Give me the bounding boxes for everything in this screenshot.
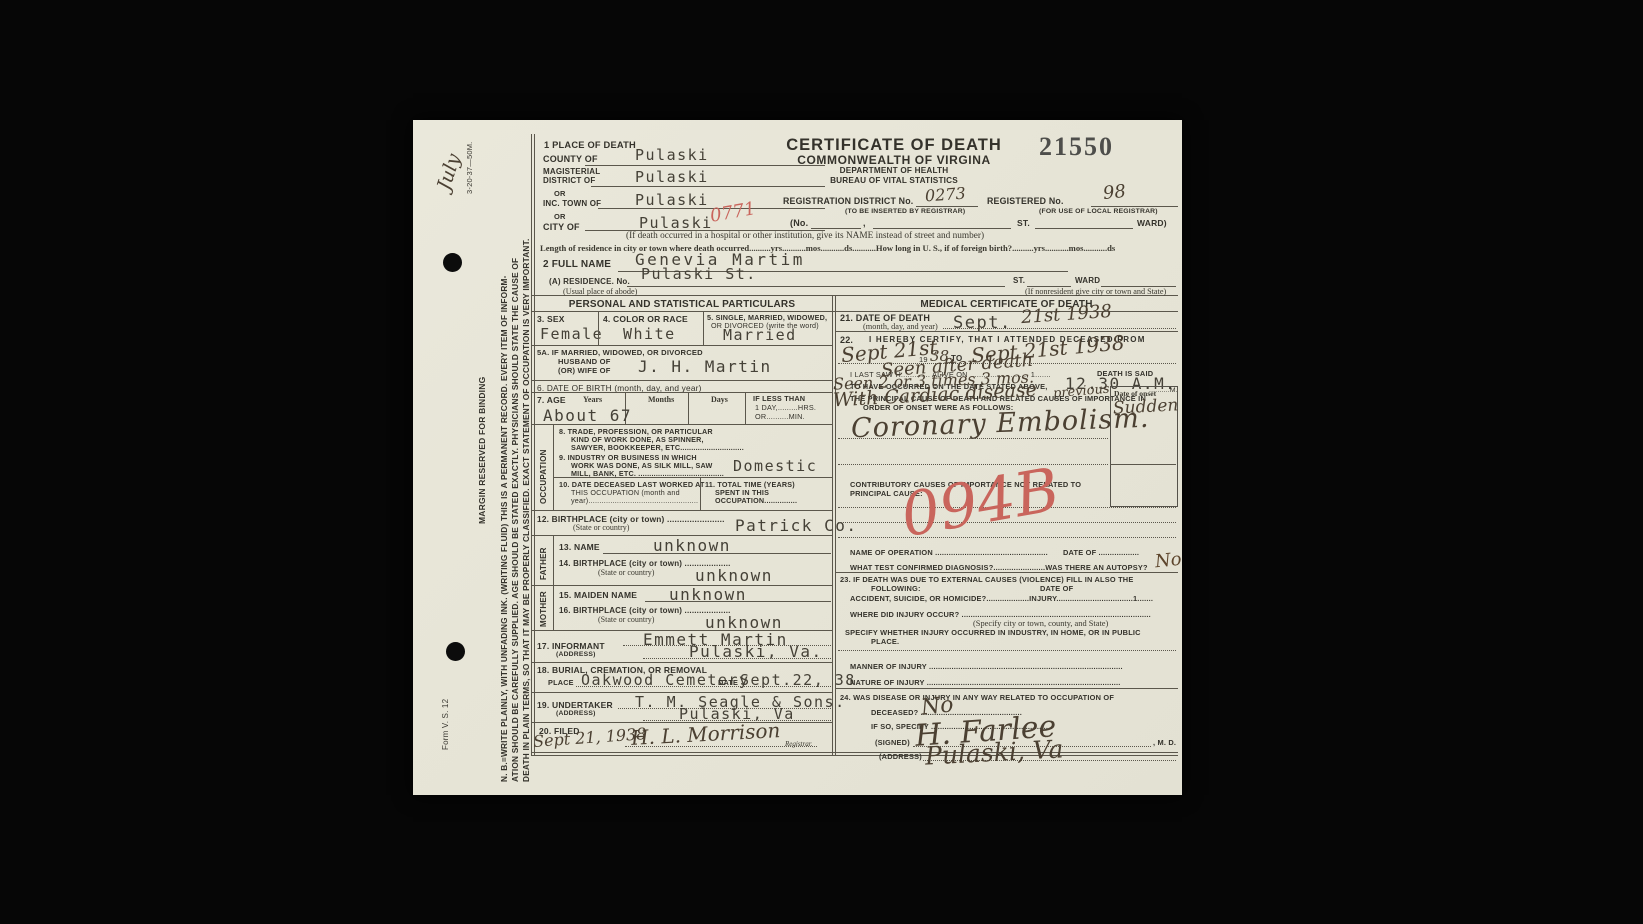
birthplace-sub: (State or country): [573, 523, 629, 532]
date-of-death-line: [943, 328, 1176, 329]
husband-value: J. H. Martin: [638, 357, 772, 376]
operation-date-label: DATE OF ..................: [1063, 548, 1139, 557]
undertaker-addr-label: (ADDRESS): [556, 710, 596, 717]
margin-binding-note: MARGIN RESERVED FOR BINDING: [477, 377, 487, 524]
registrar-label: Registrar.: [785, 740, 812, 748]
residence-label: (A) RESIDENCE. No.: [549, 277, 630, 286]
industry-value: Domestic: [733, 457, 817, 475]
manner-of-injury-label: MANNER OF INJURY .......................…: [850, 662, 1123, 671]
personal-section-header: PERSONAL AND STATISTICAL PARTICULARS: [533, 299, 831, 310]
mother-name-line: [645, 601, 831, 602]
form-bottom-border: [531, 752, 1178, 756]
occupation-side-label: OCCUPATION: [539, 449, 548, 504]
row5a-rule: [531, 380, 832, 381]
age-label: 7. AGE: [537, 395, 566, 405]
nature-of-injury-label: NATURE OF INJURY .......................…: [850, 678, 1121, 687]
trade-label-3: SAWYER, BOOKKEEPER, ETC.................…: [571, 443, 744, 452]
occupation-row-rule: [553, 477, 832, 478]
residence-line: [627, 286, 1005, 287]
margin-nb-line2: ATION SHOULD BE CAREFULLY SUPPLIED. AGE …: [510, 239, 521, 782]
mother-side-label: MOTHER: [539, 591, 548, 627]
public-place-line: [838, 650, 1176, 651]
informant-addr-label: (ADDRESS): [556, 651, 596, 658]
registered-no-label: REGISTERED No.: [987, 196, 1064, 206]
sex-label: 3. SEX: [537, 314, 565, 324]
informant-addr-line: [643, 658, 831, 659]
if-less-label-2: 1 DAY,.........HRS.: [755, 403, 816, 412]
district-value: Pulaski: [635, 168, 709, 186]
where-injury-label: WHERE DID INJURY OCCUR? ................…: [850, 610, 1151, 619]
punch-hole-top: [443, 253, 462, 272]
age-col-divider-3: [745, 392, 746, 424]
bureau-line: BUREAU OF VITAL STATISTICS: [763, 176, 1025, 185]
date-of-onset-handwritten: Sudden: [1113, 395, 1179, 418]
father-bp-value: unknown: [695, 566, 773, 585]
race-marital-divider: [703, 311, 704, 345]
husband-label-3: (OR) WIFE OF: [558, 366, 611, 375]
totaltime-divider: [700, 477, 701, 510]
mother-inner-border: [553, 585, 554, 630]
race-value: White: [623, 325, 676, 343]
age-rule: [531, 424, 832, 425]
age-months-header: Months: [648, 395, 674, 404]
row3-rule: [531, 345, 832, 346]
age-value: About 67: [543, 406, 632, 425]
certificate-paper: July 3-20-37—50M. MARGIN RESERVED FOR BI…: [413, 120, 1182, 795]
residence-st-label: ST.: [1013, 276, 1025, 285]
operation-label: NAME OF OPERATION ......................…: [850, 548, 1048, 557]
street-name-line: [873, 228, 1011, 229]
informant-rule: [531, 662, 832, 663]
full-name-label: 2 FULL NAME: [543, 259, 611, 270]
dod-row-rule: [835, 331, 1178, 332]
occupation-inner-border: [553, 424, 554, 510]
marital-value: Married: [723, 326, 797, 344]
dob-rule: [531, 392, 832, 393]
injury-row-rule: [835, 688, 1178, 689]
county-label: COUNTY OF: [543, 154, 598, 164]
or-label-1: OR: [554, 189, 566, 198]
place-of-death-label: 1 PLACE OF DEATH: [544, 140, 636, 150]
birthplace-value: Patrick Co.: [735, 516, 857, 535]
registered-no-value: 98: [1102, 181, 1127, 204]
registration-district-note: (TO BE INSERTED BY REGISTRAR): [845, 208, 965, 215]
registered-no-line: [1091, 206, 1178, 207]
margin-nb-line1: N. B.=WRITE PLAINLY, WITH UNFADING INK. …: [499, 239, 510, 782]
registration-district-line: [916, 206, 978, 207]
residence-ward-label: WARD: [1075, 276, 1100, 285]
autopsy-label: WHAT TEST CONFIRMED DIAGNOSIS?..........…: [850, 563, 1148, 572]
age-col-divider-2: [688, 392, 689, 424]
husband-label-1: 5A. IF MARRIED, WIDOWED, OR DIVORCED: [537, 348, 703, 357]
county-line: [585, 165, 825, 166]
city-label: CITY OF: [543, 222, 580, 232]
totaltime-label-3: OCCUPATION...............: [715, 496, 797, 505]
margin-nb-line3: DEATH IN PLAIN TERMS, SO THAT IT MAY BE …: [521, 239, 532, 782]
header-st-line: [1035, 228, 1133, 229]
race-label: 4. COLOR OR RACE: [603, 314, 688, 324]
cause-line-1: [838, 438, 1108, 439]
residence-length-line: Length of residence in city or town wher…: [540, 243, 1115, 253]
birthplace-label: 12. BIRTHPLACE (city or town) ..........…: [537, 514, 725, 524]
district-line: [591, 186, 825, 187]
mother-bp-sub: (State or country): [598, 615, 654, 624]
external-causes-label-2: FOLLOWING:: [871, 584, 921, 593]
sex-race-divider: [598, 311, 599, 345]
external-causes-label-1: 23. IF DEATH WAS DUE TO EXTERNAL CAUSES …: [840, 575, 1133, 584]
lastworked-label-3: year)...................................…: [571, 496, 698, 505]
autopsy-handwritten: No: [1154, 549, 1183, 573]
husband-label-2: HUSBAND OF: [558, 357, 611, 366]
or-label-2: OR: [554, 212, 566, 221]
registered-no-note: (FOR USE OF LOCAL REGISTRAR): [1039, 208, 1158, 215]
residence-street-value: Pulaski St.: [641, 265, 757, 283]
medical-section-header: MEDICAL CERTIFICATE OF DEATH: [835, 299, 1178, 310]
registration-district-label: REGISTRATION DISTRICT No.: [783, 196, 913, 206]
margin-print-code: 3-20-37—50M.: [465, 142, 474, 194]
informant-label: 17. INFORMANT: [537, 641, 605, 651]
cause-line-2: [838, 464, 1108, 465]
address-label: (ADDRESS): [879, 752, 922, 761]
father-side-label: FATHER: [539, 547, 548, 580]
punch-hole-bottom: [446, 642, 465, 661]
city-line: [585, 230, 825, 231]
undertaker-label: 19. UNDERTAKER: [537, 700, 613, 710]
magisterial-label: MAGISTERIAL: [543, 167, 600, 176]
onset-box-inner-rule: [1110, 464, 1176, 465]
father-bp-sub: (State or country): [598, 568, 654, 577]
signed-label: (SIGNED): [875, 738, 910, 747]
town-value: Pulaski: [635, 191, 709, 209]
city-red-code: 0771: [709, 198, 758, 227]
header-st-label: ST.: [1017, 218, 1030, 228]
inc-town-label: INC. TOWN OF: [543, 199, 601, 208]
registration-district-value: 0273: [924, 184, 966, 206]
burial-line: [576, 686, 831, 687]
county-value: Pulaski: [635, 146, 709, 164]
age-years-header: Years: [583, 395, 602, 404]
autopsy-row-rule: [835, 572, 1178, 573]
hospital-note: (If death occurred in a hospital or othe…: [626, 231, 984, 241]
margin-form-number: Form V. S. 12: [441, 699, 450, 750]
if-less-label-3: OR..........MIN.: [755, 412, 805, 421]
contributory-line-3: [838, 537, 1176, 538]
scan-background: July 3-20-37—50M. MARGIN RESERVED FOR BI…: [0, 0, 1643, 924]
department-line: DEPARTMENT OF HEALTH: [763, 166, 1025, 175]
date-of-injury-label: DATE OF: [1040, 584, 1073, 593]
accident-label: ACCIDENT, SUICIDE, OR HOMICIDE?.........…: [850, 594, 1153, 603]
public-place-label-2: PLACE.: [871, 637, 899, 646]
father-inner-border: [553, 535, 554, 585]
occupation-related-label-1: 24. WAS DISEASE OR INJURY IN ANY WAY REL…: [840, 693, 1114, 702]
public-place-label-1: SPECIFY WHETHER INJURY OCCURRED IN INDUS…: [845, 628, 1141, 637]
date-of-death-sub: (month, day, and year): [863, 322, 938, 331]
street-no-line: [811, 228, 861, 229]
margin-handwritten-month: July: [433, 151, 465, 193]
abode-note: (Usual place of abode): [563, 287, 637, 296]
burial-place-label: PLACE: [548, 678, 574, 687]
sex-value: Female: [540, 325, 603, 343]
district-of-label: DISTRICT OF: [543, 176, 595, 185]
street-comma: ,: [863, 218, 866, 228]
certificate-number-stamp: 21550: [1039, 132, 1114, 162]
mother-name-label: 15. MAIDEN NAME: [559, 590, 637, 600]
header-ward-label: WARD): [1137, 218, 1167, 228]
date-of-death-typed: Sept.: [953, 313, 1012, 333]
father-name-line: [603, 553, 831, 554]
nonresident-note: (If nonresident give city or town and St…: [1025, 287, 1166, 296]
street-no-label: (No.: [790, 218, 808, 228]
where-injury-sub: (Specify city or town, county, and State…: [973, 619, 1108, 628]
physician-address-handwritten: Pulaski, Va: [924, 734, 1064, 770]
father-name-label: 13. NAME: [559, 542, 600, 552]
margin-nb-note: N. B.=WRITE PLAINLY, WITH UNFADING INK. …: [499, 239, 531, 782]
age-days-header: Days: [711, 395, 728, 404]
md-label: , M. D.: [1153, 738, 1176, 747]
occupation-rule: [531, 510, 832, 511]
if-less-label-1: IF LESS THAN: [753, 394, 805, 403]
